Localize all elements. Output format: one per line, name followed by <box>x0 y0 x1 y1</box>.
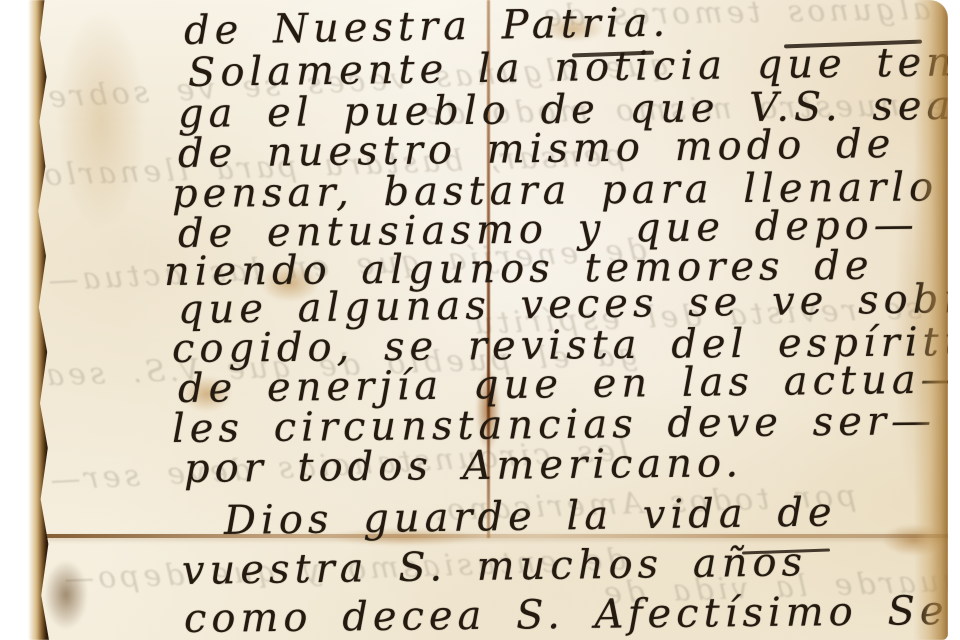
letter-line: Dios guarde la vida de <box>224 489 837 544</box>
letter-line: vuestra S. muchos años <box>182 539 808 594</box>
letter-paper: que algunas veces se ve sobre pensar, ba… <box>36 0 948 640</box>
paper-right-edge <box>914 0 948 640</box>
letter-line: como decea S. Afectísimo Serví <box>184 587 948 640</box>
photo-of-letter: que algunas veces se ve sobre pensar, ba… <box>0 0 960 640</box>
letter-line: por todos Americano. <box>184 440 744 492</box>
handwriting-layer: de Nuestra Patria. Solamente la noticia … <box>36 0 948 640</box>
